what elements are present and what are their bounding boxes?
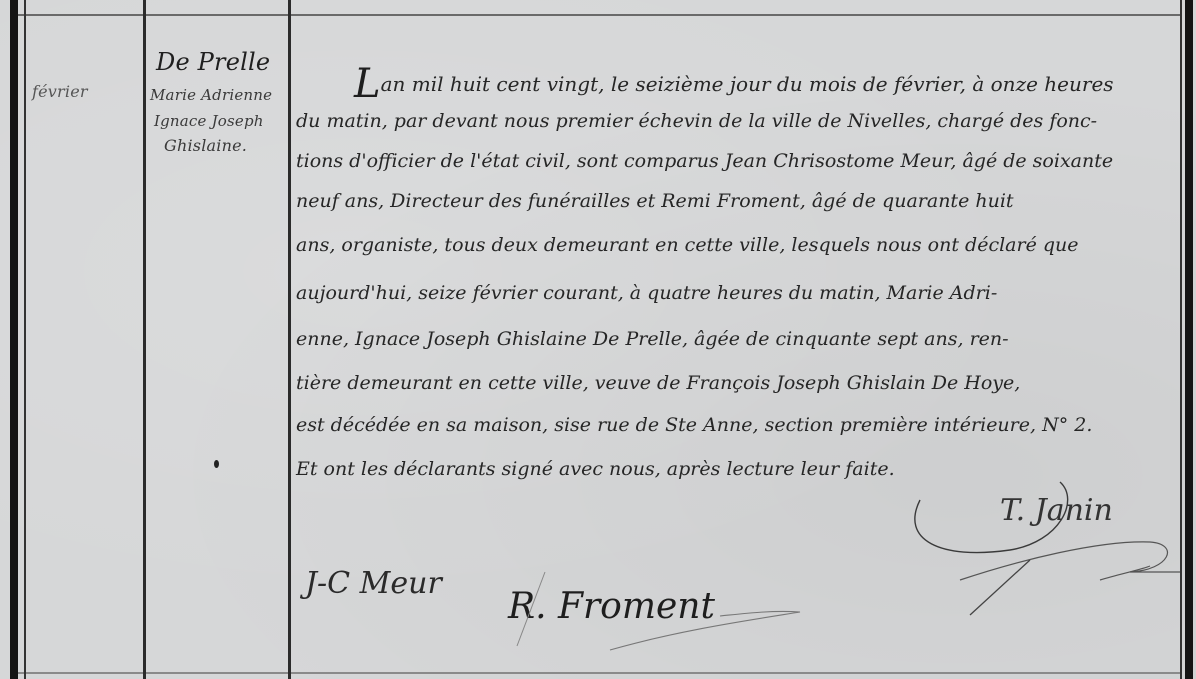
body-line-7: enne, Ignace Joseph Ghislaine De Prelle,…	[296, 328, 1009, 350]
register-page: février De Prelle Marie Adrienne Ignace …	[0, 0, 1196, 679]
bottom-rule-line	[14, 672, 1182, 674]
column-divider-name	[288, 0, 291, 679]
body-line-8: tière demeurant en cette ville, veuve de…	[296, 372, 1020, 394]
body-line-2: du matin, par devant nous premier échevi…	[296, 110, 1097, 132]
name-column: De Prelle Marie Adrienne Ignace Joseph G…	[150, 48, 286, 155]
body-line-3: tions d'officier de l'état civil, sont c…	[296, 150, 1113, 172]
column-divider-margin	[143, 0, 146, 679]
left-border-thick	[10, 0, 18, 679]
right-border-thick	[1185, 0, 1193, 679]
body-line-10: Et ont les déclarants signé avec nous, a…	[296, 458, 895, 480]
deceased-surname: De Prelle	[156, 48, 286, 76]
top-rule-line	[14, 14, 1182, 16]
ink-blot	[214, 460, 219, 468]
body-line-6: aujourd'hui, seize février courant, à qu…	[296, 282, 997, 304]
deceased-given-names-3: Ghislaine.	[164, 136, 286, 155]
body-line-1: Lan mil huit cent vingt, le seizième jou…	[354, 64, 1114, 104]
signature-froment: R. Froment	[508, 586, 715, 627]
margin-month: février	[32, 82, 88, 101]
left-border-thin	[24, 0, 26, 679]
decorative-initial: L	[354, 61, 381, 107]
body-line-5: ans, organiste, tous deux demeurant en c…	[296, 234, 1079, 256]
signature-janin: T. Janin	[1000, 493, 1113, 528]
body-line-9: est décédée en sa maison, sise rue de St…	[296, 414, 1092, 436]
body-line-4: neuf ans, Directeur des funérailles et R…	[296, 190, 1014, 212]
right-border-thin	[1180, 0, 1182, 679]
deceased-given-names-2: Ignace Joseph	[154, 112, 286, 130]
signature-meur: J-C Meur	[305, 566, 442, 601]
deceased-given-names-1: Marie Adrienne	[150, 86, 286, 104]
